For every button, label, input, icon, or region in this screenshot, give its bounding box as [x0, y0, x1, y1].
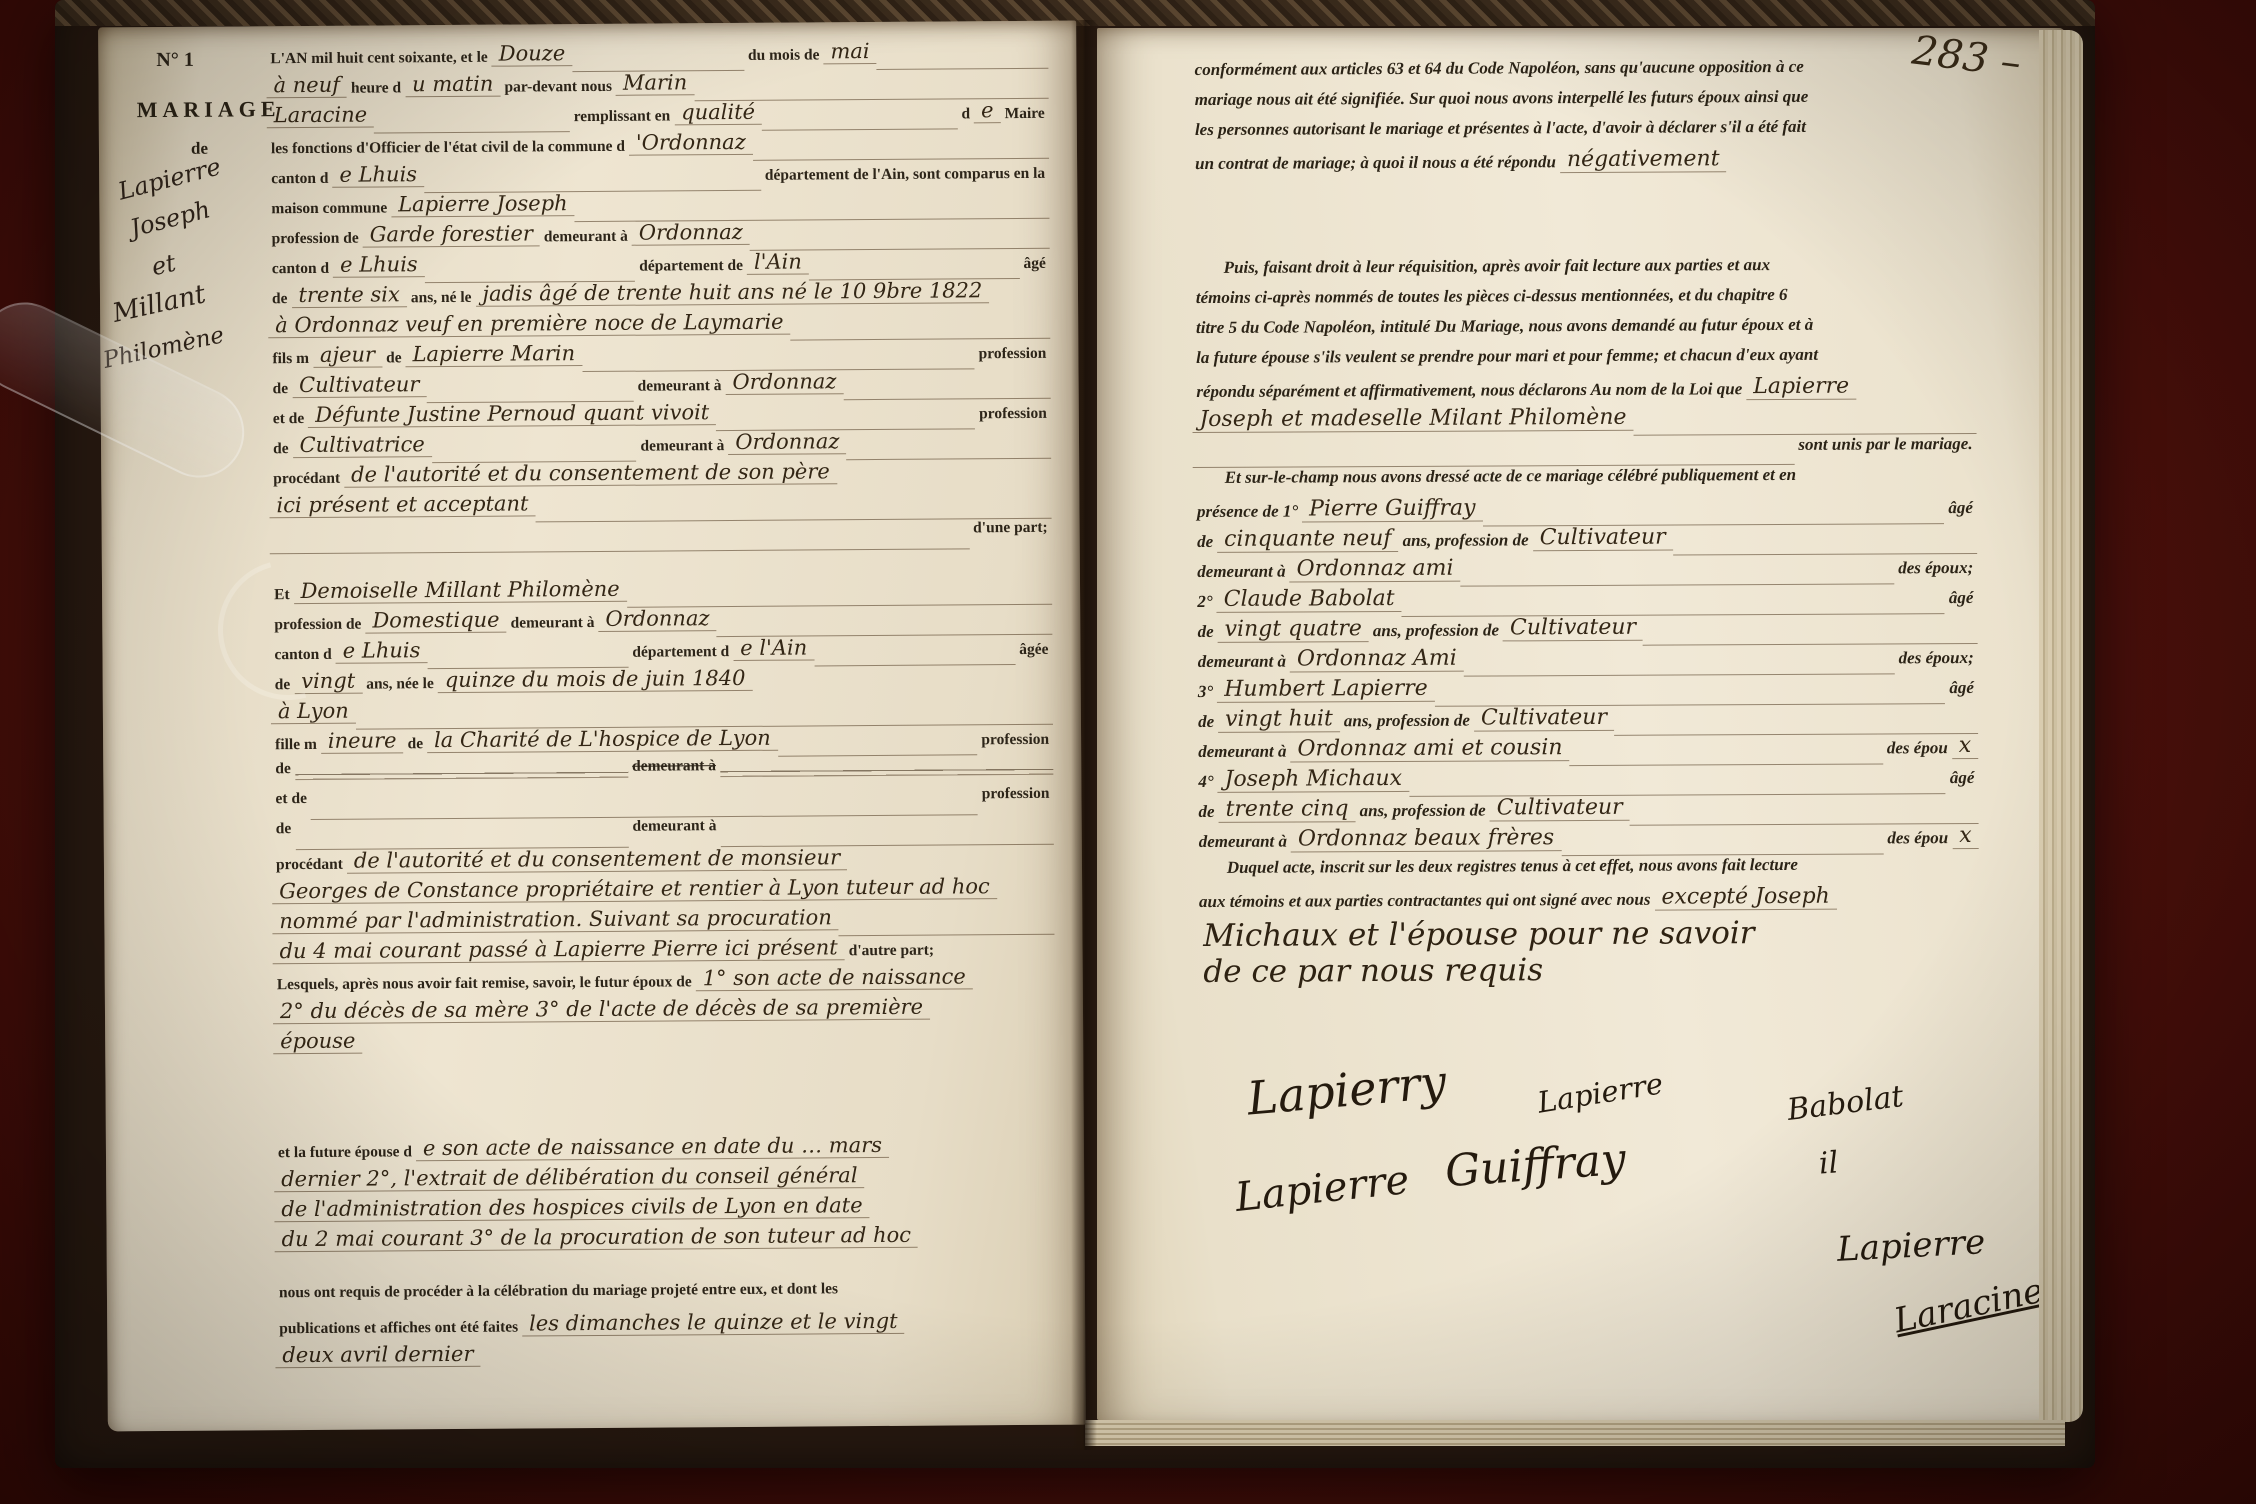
- ruled-line: [778, 748, 978, 756]
- printed-text: et de: [269, 410, 309, 428]
- printed-text: ans, née le: [362, 675, 438, 694]
- margin-name: et: [149, 249, 178, 281]
- printed-text: de: [382, 349, 406, 367]
- ruled-line: [762, 122, 957, 130]
- printed-text: Lesquels, après nous avoir fait remise, …: [273, 973, 696, 994]
- form-line: Laracineremplissant enqualitédeMaire: [267, 99, 1049, 134]
- form-line: profession deDomestiquedemeurant àOrdonn…: [270, 605, 1052, 640]
- printed-text: du mois de: [744, 46, 824, 65]
- form-line: profession deGarde forestierdemeurant àO…: [267, 219, 1049, 254]
- form-line: maison communeLapierre Joseph: [267, 189, 1049, 224]
- ruled-line: [846, 452, 1051, 460]
- photo-scene: N° 1 MARIAGE de LapierreJosephetMillantP…: [0, 0, 2256, 1504]
- ruled-line: [720, 765, 1053, 777]
- signature: Laracine: [1890, 1271, 2046, 1342]
- printed-text: profession de: [268, 230, 363, 249]
- printed-text: par-devant nous: [500, 78, 616, 97]
- printed-text: maison commune: [267, 199, 391, 218]
- printed-text: publications et affiches ont été faites: [275, 1319, 522, 1339]
- printed-text: de: [272, 820, 296, 838]
- handwritten-text: Laracine: [267, 103, 375, 129]
- handwritten-text: du 2 mai courant 3° de la procuration de…: [274, 1223, 918, 1252]
- printed-text: et la future épouse d: [274, 1143, 416, 1162]
- printed-text: canton d: [267, 170, 332, 188]
- form-line: deCultivateurdemeurant àOrdonnaz: [269, 369, 1051, 404]
- handwritten-text: dernier 2°, l'extrait de délibération du…: [274, 1163, 865, 1192]
- printed-text: canton d: [268, 260, 333, 278]
- signature: Guiffray: [1443, 1134, 1627, 1197]
- margin-name: Joseph: [127, 195, 213, 242]
- act-number: N° 1: [156, 49, 194, 72]
- signature-block: LapierryLapierreBabolatLapierreGuiffrayi…: [1097, 28, 2065, 1420]
- printed-text: profession: [977, 731, 1053, 750]
- handwritten-text: Ordonnaz: [725, 369, 843, 395]
- handwritten-text: qualité: [674, 100, 762, 126]
- printed-text: d: [957, 105, 974, 123]
- handwritten-text: deux avril dernier: [275, 1342, 480, 1368]
- signature: Lapierry: [1245, 1054, 1448, 1125]
- printed-text: demeurant à: [628, 757, 720, 776]
- handwritten-text: mai: [823, 39, 876, 64]
- form-line: nommé par l'administration. Suivant sa p…: [272, 905, 1054, 940]
- handwritten-text: 2° du décès de sa mère 3° de l'acte de d…: [273, 995, 930, 1025]
- printed-text: nous ont requis de procéder à la célébra…: [275, 1280, 842, 1302]
- printed-text: les fonctions d'Officier de l'état civil…: [267, 138, 629, 159]
- signature: il: [1818, 1145, 1840, 1181]
- handwritten-text: nommé par l'administration. Suivant sa p…: [272, 905, 839, 934]
- handwritten-text: Marin: [616, 70, 694, 96]
- handwritten-text: Défunte Justine Pernoud quant vivoit: [308, 400, 716, 428]
- form-line: [273, 1055, 1056, 1138]
- handwritten-text: du 4 mai courant passé à Lapierre Pierre…: [272, 935, 844, 964]
- handwritten-text: l'Ain: [747, 249, 809, 274]
- handwritten-text: à Lyon: [271, 699, 356, 725]
- handwritten-text: e: [974, 98, 1001, 123]
- printed-text: département de: [635, 257, 747, 276]
- form-line: ici présent et acceptant: [269, 489, 1051, 524]
- printed-text: Maire: [1001, 105, 1049, 123]
- handwritten-text: e Lhuis: [332, 162, 424, 188]
- margin-name: Lapierre: [115, 152, 223, 205]
- handwritten-text: trente six: [291, 282, 406, 308]
- left-page-form: L'AN mil huit cent soixante, et leDouzed…: [266, 39, 1057, 1374]
- handwritten-text: Lapierre Joseph: [391, 191, 575, 217]
- printed-text: de: [403, 735, 427, 753]
- right-page: 283 – conformément aux articles 63 et 64…: [1097, 28, 2065, 1420]
- ruled-line: [814, 658, 1015, 666]
- handwritten-text: Ordonnaz: [728, 429, 846, 455]
- printed-text: département de l'Ain, sont comparus en l…: [761, 165, 1049, 185]
- handwritten-text: e l'Ain: [733, 635, 814, 661]
- book-gutter: [1071, 20, 1097, 1450]
- printed-text: demeurant à: [507, 614, 599, 633]
- printed-text: procédant: [269, 470, 344, 489]
- handwritten-text: Cultivatrice: [292, 432, 431, 458]
- handwritten-text: Ordonnaz: [598, 606, 716, 632]
- printed-text: profession: [975, 345, 1051, 364]
- printed-text: profession: [975, 405, 1051, 424]
- printed-text: demeurant à: [628, 817, 720, 836]
- handwritten-text: Garde forestier: [363, 221, 540, 247]
- handwritten-text: jadis âgé de trente huit ans né le 10 9b…: [475, 278, 989, 307]
- ruled-line: [877, 62, 1049, 70]
- printed-text: demeurant à: [633, 377, 725, 396]
- form-line: à Lyon: [271, 695, 1053, 730]
- form-line: dedemeurant à: [272, 815, 1054, 850]
- printed-text: âgé: [1019, 255, 1050, 273]
- form-line: canton de Lhuisdépartement de l'Ainâgée: [270, 635, 1052, 670]
- printed-text: fille m: [271, 736, 321, 754]
- handwritten-text: 1° son acte de naissance: [696, 964, 973, 991]
- printed-text: d'une part;: [969, 519, 1052, 538]
- signature: Lapierre: [1535, 1066, 1665, 1119]
- printed-text: de: [269, 440, 293, 458]
- handwritten-text: quinze du mois de juin 1840: [438, 666, 753, 693]
- printed-text: de: [268, 290, 292, 308]
- handwritten-text: Ordonnaz: [632, 220, 750, 246]
- signature: Lapierre: [1836, 1222, 1986, 1270]
- handwritten-text: à neuf: [266, 73, 347, 99]
- printed-text: demeurant à: [636, 437, 728, 456]
- printed-text: L'AN mil huit cent soixante, et le: [266, 49, 492, 69]
- form-line: les fonctions d'Officier de l'état civil…: [267, 129, 1049, 164]
- ruled-line: [295, 768, 628, 780]
- handwritten-text: u matin: [405, 72, 501, 98]
- handwritten-text: Domestique: [365, 608, 506, 634]
- handwritten-text: de l'autorité et du consentement de son …: [344, 459, 837, 487]
- page-bottom-edges: [1085, 1420, 2065, 1446]
- handwritten-text: ineure: [321, 728, 404, 754]
- ruled-line: [839, 928, 1055, 937]
- form-line: d'une part;: [270, 519, 1052, 554]
- handwritten-text: e son acte de naissance en date du … mar…: [416, 1133, 889, 1161]
- ruled-line: [374, 125, 569, 133]
- form-line: deCultivatricedemeurant àOrdonnaz: [269, 429, 1051, 464]
- handwritten-text: Lapierre Marin: [405, 341, 582, 367]
- form-line: et deprofession: [271, 785, 1053, 820]
- handwritten-text: à Ordonnaz veuf en première noce de Laym…: [268, 310, 791, 339]
- form-line: à neufheure du matinpar-devant nousMarin: [266, 69, 1048, 104]
- handwritten-text: Cultivateur: [292, 372, 426, 398]
- handwritten-text: Douze: [492, 41, 573, 67]
- printed-text: d'autre part;: [845, 942, 939, 961]
- handwritten-text: la Charité de L'hospice de Lyon: [427, 726, 778, 753]
- printed-text: remplissant en: [570, 107, 675, 126]
- margin-column: N° 1 MARIAGE de LapierreJosephetMillantP…: [98, 26, 273, 1431]
- form-line: fille mineuredela Charité de L'hospice d…: [271, 725, 1053, 760]
- printed-text: ans, né le: [407, 289, 476, 307]
- margin-spouse-names: LapierreJosephetMillantPhilomène: [98, 26, 263, 27]
- printed-text: département d: [628, 643, 733, 662]
- form-line: à Ordonnaz veuf en première noce de Laym…: [268, 309, 1050, 344]
- act-title: MARIAGE: [137, 96, 281, 123]
- handwritten-text: ici présent et acceptant: [269, 491, 535, 518]
- printed-text: heure d: [347, 79, 405, 97]
- printed-text: demeurant à: [540, 228, 632, 247]
- register-book: N° 1 MARIAGE de LapierreJosephetMillantP…: [55, 0, 2095, 1468]
- signature: Lapierre: [1233, 1157, 1411, 1221]
- printed-text: et de: [271, 790, 311, 808]
- handwritten-text: 'Ordonnaz: [629, 130, 753, 156]
- handwritten-text: e Lhuis: [333, 252, 425, 278]
- left-page: N° 1 MARIAGE de LapierreJosephetMillantP…: [98, 21, 1086, 1432]
- form-line: deux avril dernier: [275, 1339, 1057, 1374]
- form-line: EtDemoiselle Millant Philomène: [270, 575, 1052, 610]
- printed-text: âgée: [1015, 641, 1052, 659]
- ruled-line: [844, 392, 1051, 400]
- page-edges: [2039, 30, 2083, 1422]
- handwritten-text: de l'autorité et du consentement de mons…: [347, 845, 847, 873]
- handwritten-text: les dimanches le quinze et le vingt: [522, 1309, 905, 1337]
- printed-text: de: [271, 760, 295, 778]
- form-line: fils majeurdeLapierre Marinprofession: [268, 339, 1050, 374]
- printed-text: profession: [978, 785, 1054, 804]
- handwritten-text: épouse: [273, 1029, 362, 1055]
- form-line: et deDéfunte Justine Pernoud quant vivoi…: [269, 399, 1051, 434]
- form-line: L'AN mil huit cent soixante, et leDouzed…: [266, 39, 1048, 74]
- printed-text: fils m: [268, 350, 313, 368]
- handwritten-text: ajeur: [313, 342, 382, 367]
- signature: Babolat: [1785, 1079, 1905, 1128]
- printed-text: procédant: [272, 856, 347, 875]
- printed-text: de: [269, 380, 293, 398]
- handwritten-text: Georges de Constance propriétaire et ren…: [272, 874, 997, 904]
- handwritten-text: de l'administration des hospices civils …: [274, 1193, 869, 1222]
- margin-name: Millant: [110, 279, 209, 329]
